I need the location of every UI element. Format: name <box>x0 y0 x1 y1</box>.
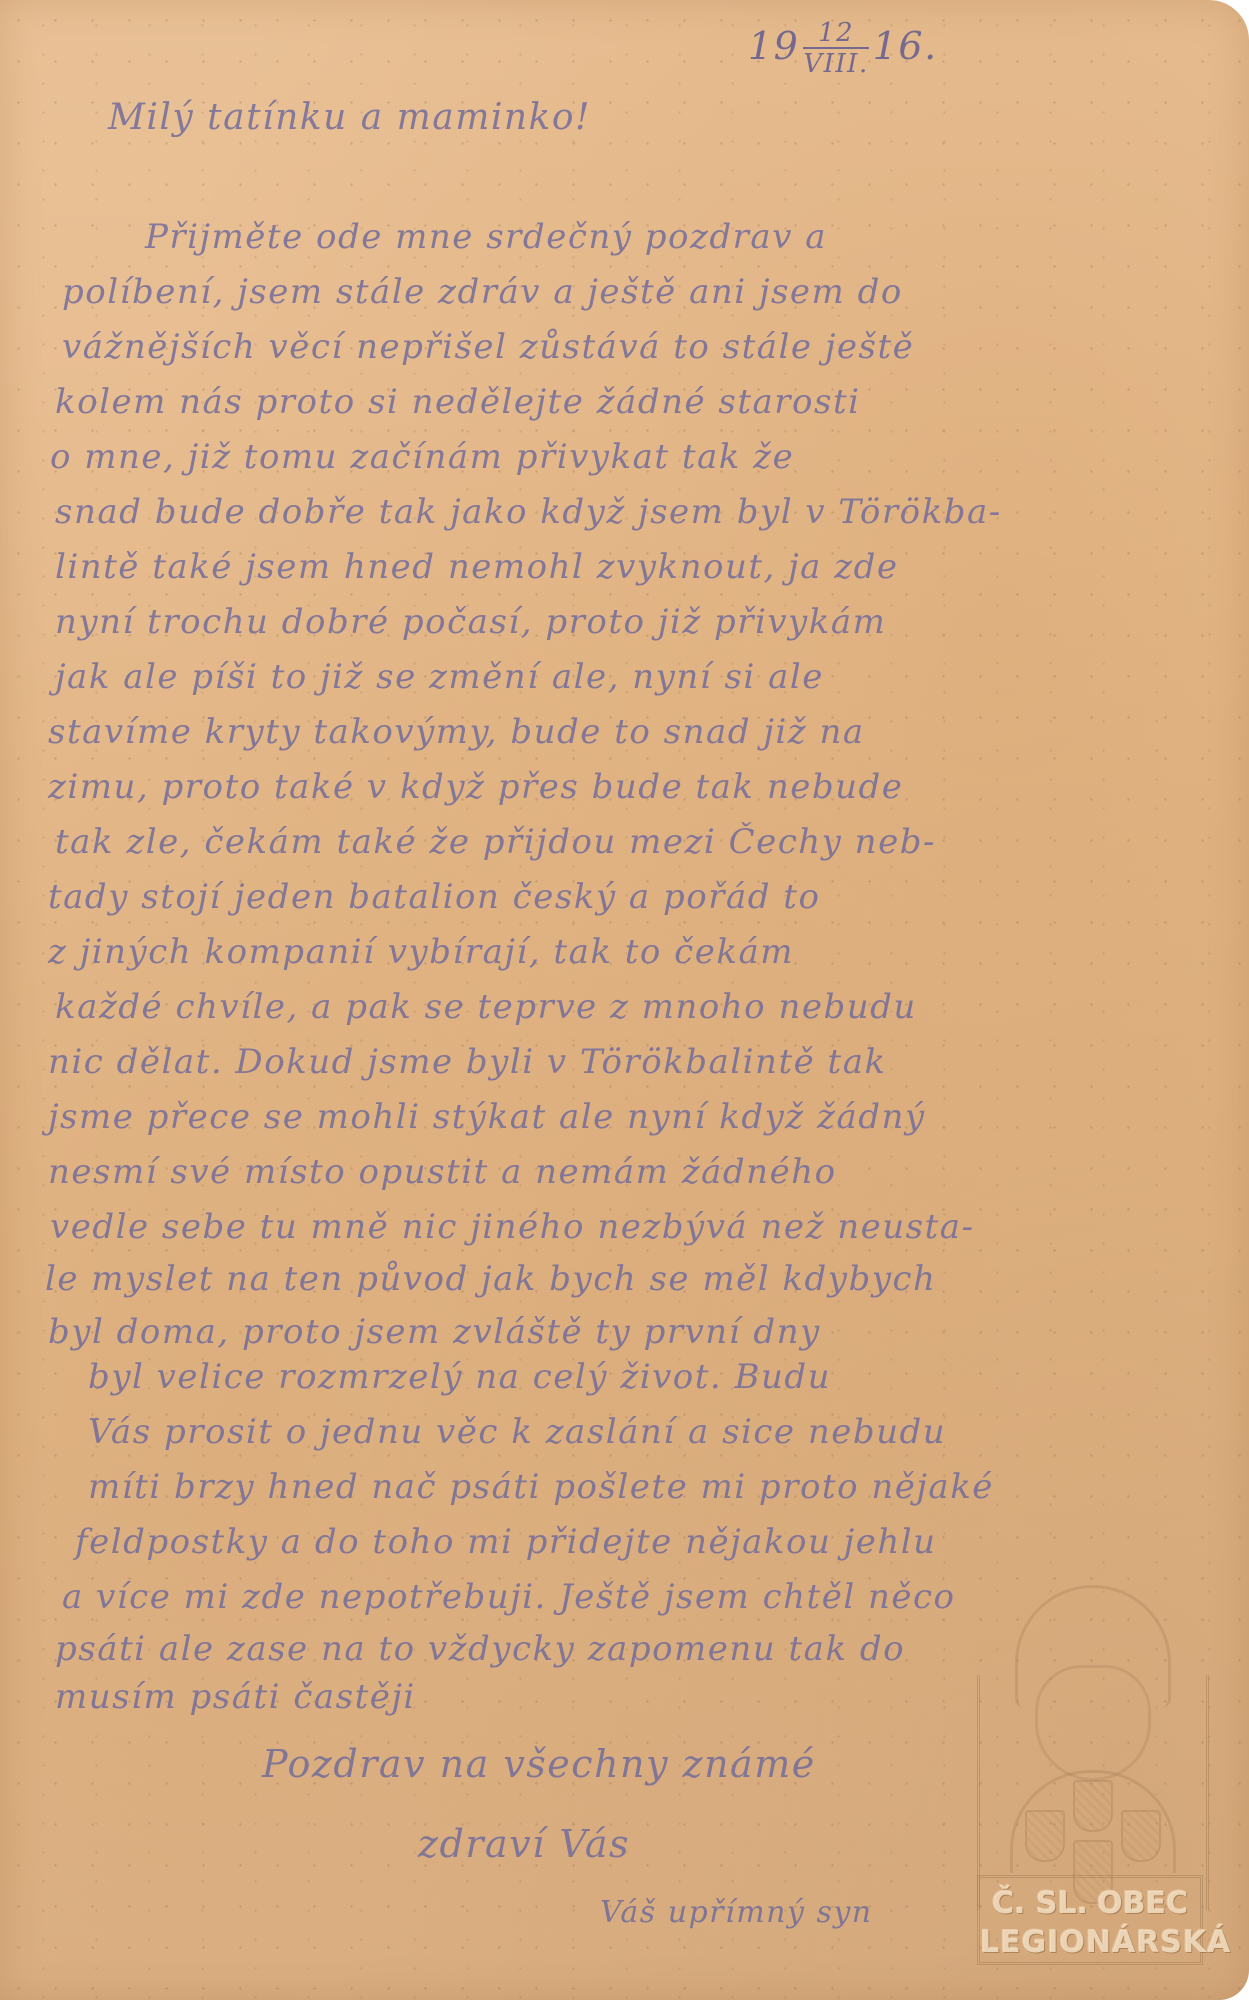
stamp-label: Č. SL.OBEC LEGIONÁRSKÁ <box>977 1875 1203 1965</box>
closing-regards: zdraví Vás <box>418 1825 630 1863</box>
stamp-text-left: Č. SL. <box>992 1886 1088 1921</box>
date-year-prefix: 19 <box>748 24 799 68</box>
body-line: nyní trochu dobré počasí, proto již přiv… <box>55 605 886 639</box>
body-line: le myslet na ten původ jak bych se měl k… <box>45 1262 936 1296</box>
body-line: nesmí své místo opustit a nemám žádného <box>48 1155 837 1189</box>
body-line: z jiných kompanií vybírají, tak to čekám <box>48 935 794 969</box>
stamp-text-bottom: LEGIONÁRSKÁ <box>980 1925 1200 1960</box>
body-line: lintě také jsem hned nemohl zvyknout, ja… <box>55 550 899 584</box>
date-day-month: 12VIII. <box>803 20 868 79</box>
coat-of-arms-ruthenia-icon <box>1121 1810 1161 1862</box>
coat-of-arms-moravia-icon <box>1025 1810 1065 1862</box>
stamp-text-right: OBEC <box>1097 1886 1188 1921</box>
body-line: vážnějších věcí nepřišel zůstává to stál… <box>62 330 914 364</box>
date-month: VIII. <box>803 47 868 78</box>
body-line: o mne, již tomu začínám přivykat tak že <box>50 440 794 474</box>
letter-greeting: Milý tatínku a maminko! <box>108 100 591 136</box>
body-line: jak ale píši to již se změní ale, nyní s… <box>55 660 824 694</box>
body-line: psáti ale zase na to vždycky zapomenu ta… <box>55 1632 905 1666</box>
letter-date: 1912VIII.16. <box>748 20 938 79</box>
body-line: byl velice rozmrzelý na celý život. Budu <box>88 1360 831 1394</box>
body-line: políbení, jsem stále zdráv a ještě ani j… <box>62 275 903 309</box>
body-line: Vás prosit o jednu věc k zaslání a sice … <box>88 1415 946 1449</box>
letter-paper: 1912VIII.16. Milý tatínku a maminko! Při… <box>0 0 1249 2000</box>
legion-watermark-stamp: Č. SL.OBEC LEGIONÁRSKÁ <box>965 1575 1215 1970</box>
body-line: tak zle, čekám také že přijdou mezi Čech… <box>55 825 936 859</box>
coat-of-arms-slovakia-icon <box>1073 1780 1113 1832</box>
body-line: kolem nás proto si nedělejte žádné staro… <box>55 385 861 419</box>
body-line: stavíme kryty takovýmy, bude to snad již… <box>48 715 865 749</box>
body-line: byl doma, proto jsem zvláště ty první dn… <box>48 1315 821 1349</box>
date-day: 12 <box>803 20 868 47</box>
body-line: snad bude dobře tak jako když jsem byl v… <box>55 495 1002 529</box>
body-line: jsme přece se mohli stýkat ale nyní když… <box>48 1100 926 1134</box>
closing-greeting: Pozdrav na všechny známé <box>262 1745 816 1783</box>
signature: Váš upřímný syn <box>600 1898 873 1928</box>
body-line: Přijměte ode mne srdečný pozdrav a <box>145 220 827 254</box>
body-line: feldpostky a do toho mi přidejte nějakou… <box>75 1525 937 1559</box>
soldier-profile-icon <box>1035 1665 1151 1781</box>
body-line: tady stojí jeden batalion český a pořád … <box>48 880 820 914</box>
body-line: a více mi zde nepotřebuji. Ještě jsem ch… <box>62 1580 956 1614</box>
date-year-suffix: 16. <box>873 24 938 68</box>
body-line: nic dělat. Dokud jsme byli v Törökbalint… <box>48 1045 887 1079</box>
body-line: musím psáti častěji <box>55 1680 416 1714</box>
body-line: zimu, proto také v když přes bude tak ne… <box>48 770 903 804</box>
body-line: míti brzy hned nač psáti pošlete mi prot… <box>88 1470 994 1504</box>
body-line: vedle sebe tu mně nic jiného nezbývá než… <box>50 1210 975 1244</box>
body-line: každé chvíle, a pak se teprve z mnoho ne… <box>55 990 917 1024</box>
